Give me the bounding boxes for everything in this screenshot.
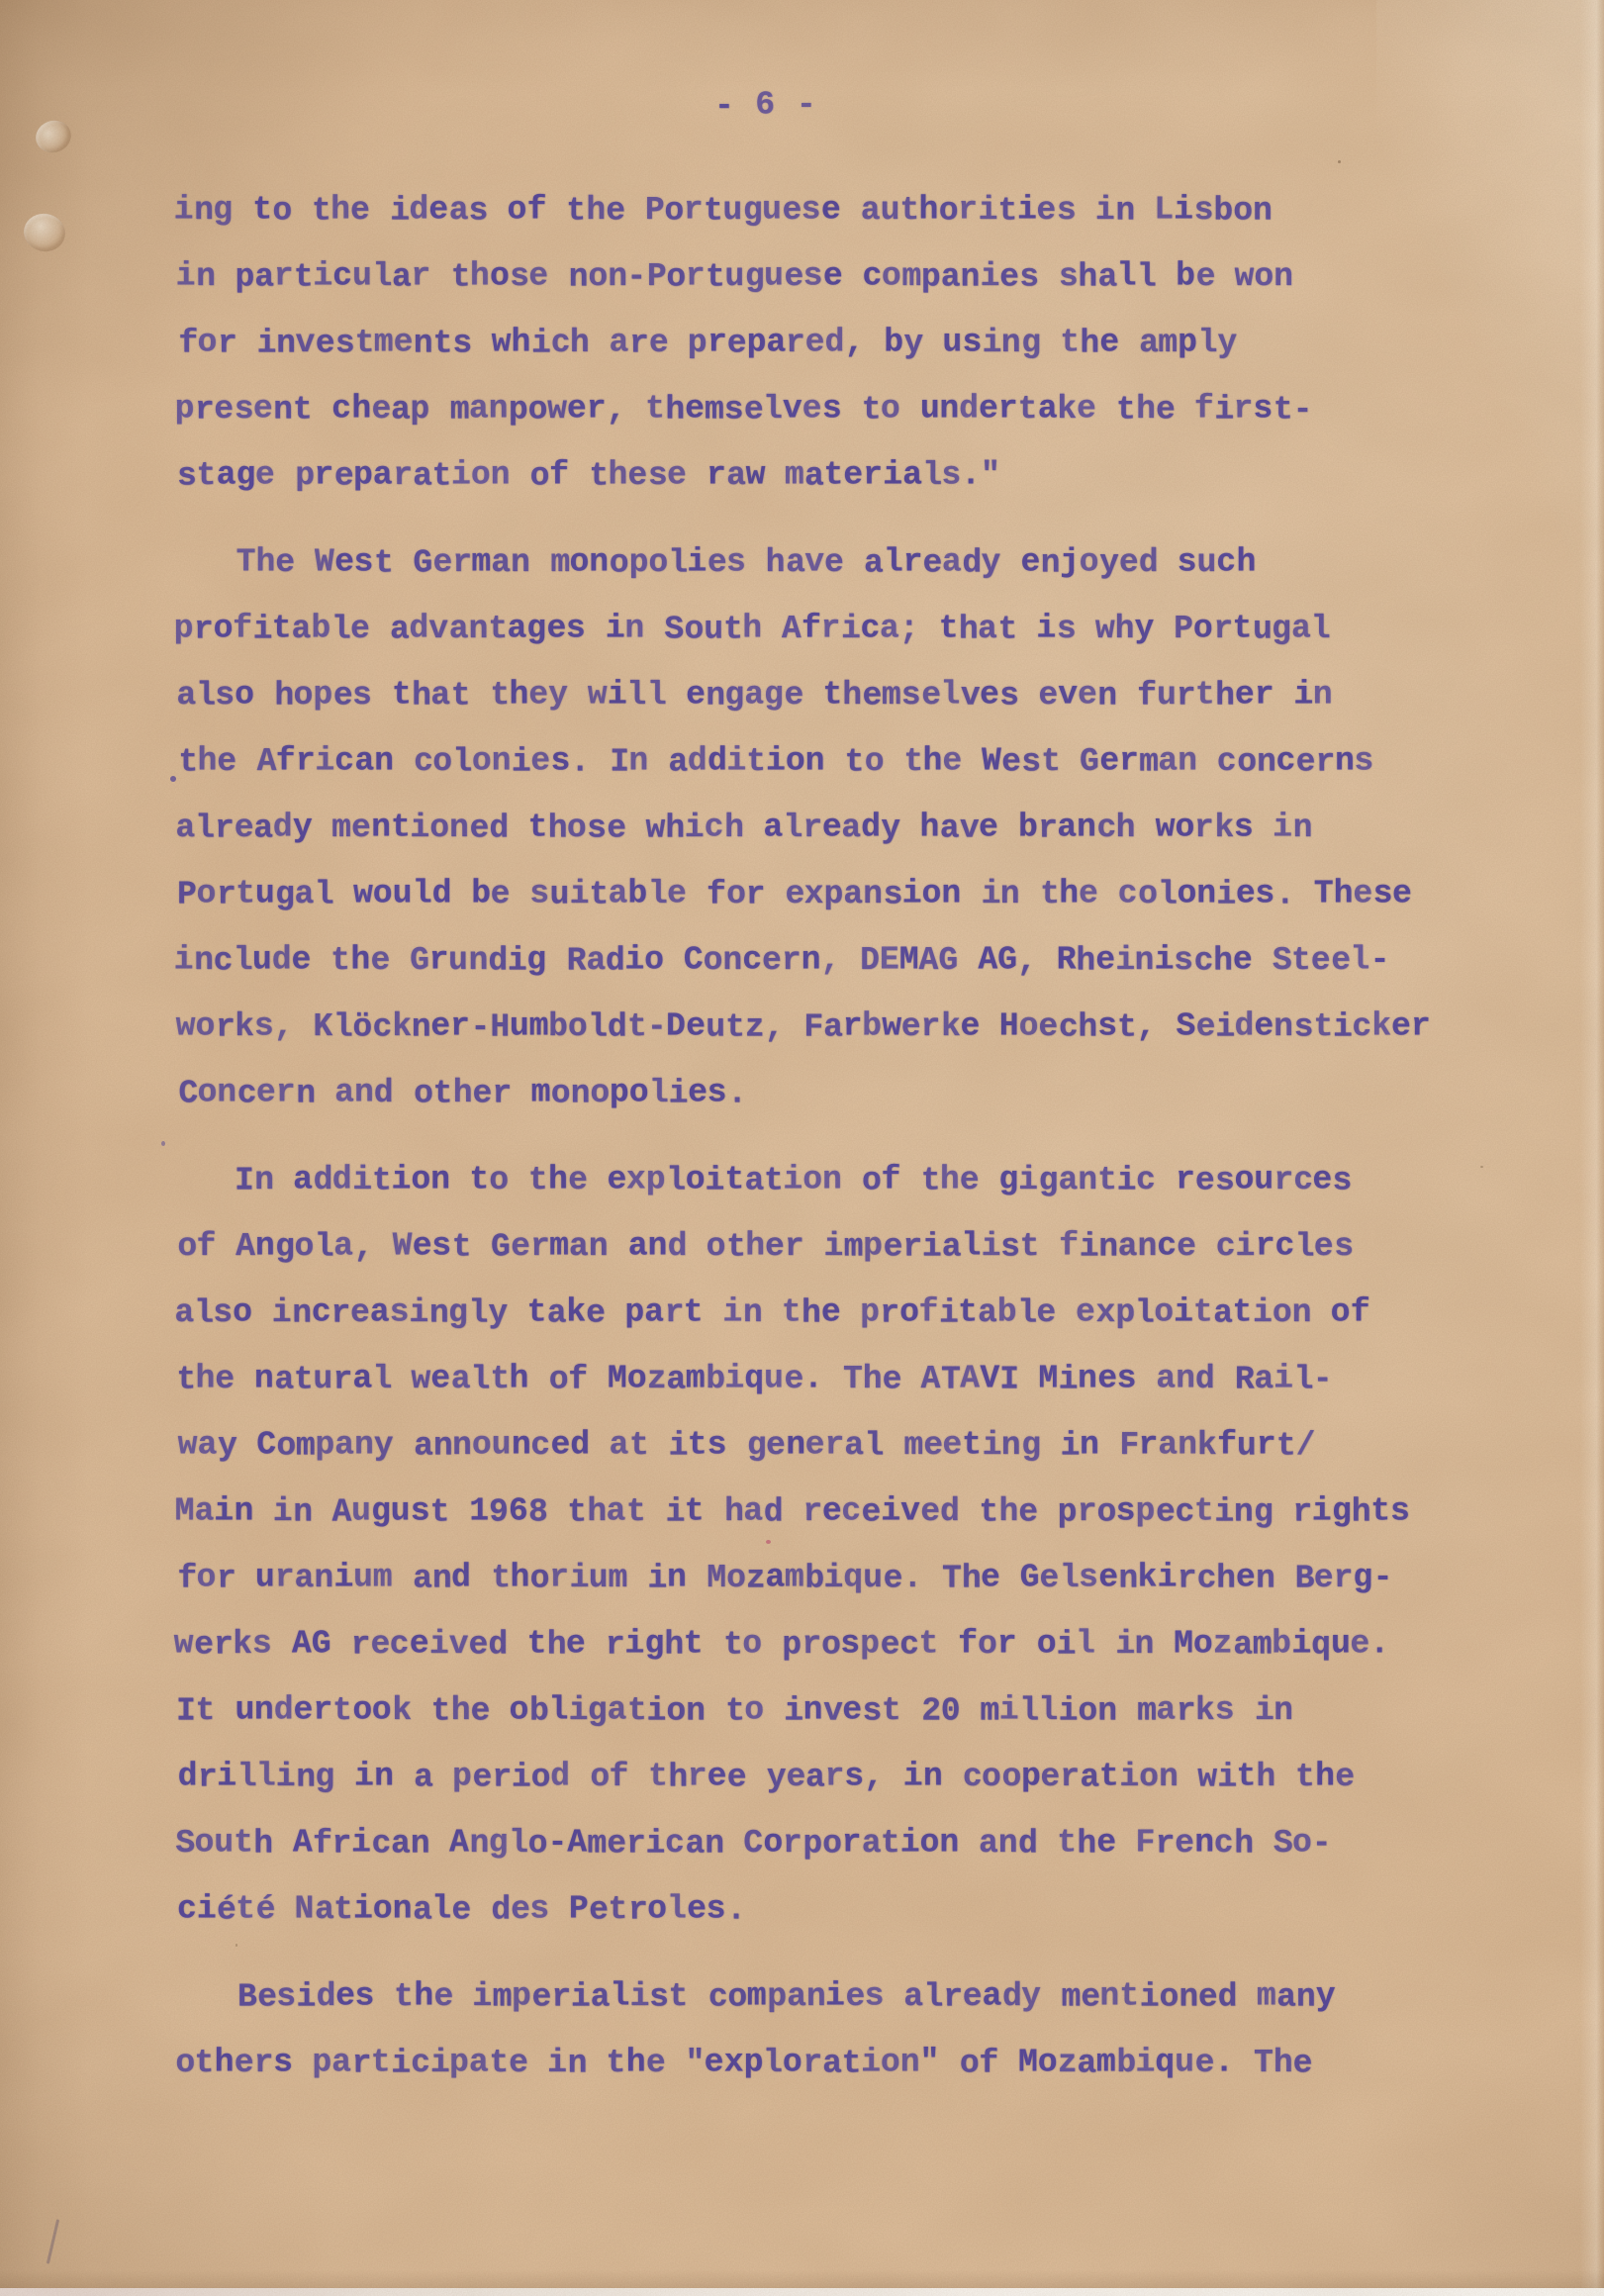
paper-speck bbox=[1480, 1166, 1483, 1168]
paper-speck bbox=[1338, 160, 1341, 163]
text-line: profitable advantages in South Africa; t… bbox=[174, 596, 1431, 662]
ink-speck bbox=[161, 1141, 165, 1146]
text-line: Main in August 1968 that it had received… bbox=[175, 1479, 1431, 1545]
document-page: - 6 - ing to the ideas of the Portuguese… bbox=[0, 0, 1604, 2296]
text-line: others participate in the "exploration" … bbox=[175, 2030, 1431, 2096]
text-line: works, Klöckner-Humboldt-Deutz, Farbwerk… bbox=[176, 994, 1431, 1060]
text-line: It undertook the obligation to invest 20… bbox=[176, 1677, 1431, 1744]
paragraph: In addition to the exploitation of the g… bbox=[176, 1147, 1431, 1943]
text-line: drilling in a period of three years, in … bbox=[178, 1744, 1431, 1810]
text-line: werks AG received the right to prospect … bbox=[174, 1611, 1431, 1677]
text-line: the African colonies. In addition to the… bbox=[178, 728, 1431, 795]
text-line: ciété Nationale des Petroles. bbox=[177, 1876, 1431, 1943]
paragraph: The West German monopolies have already … bbox=[176, 529, 1431, 1126]
text-line: of Angola, West German and other imperia… bbox=[177, 1213, 1431, 1280]
page-number: - 6 - bbox=[714, 87, 817, 124]
text-line: for investments which are prepared, by u… bbox=[178, 310, 1431, 376]
paragraph: ing to the ideas of the Portuguese autho… bbox=[176, 177, 1431, 509]
text-line: also increasingly take part in the profi… bbox=[174, 1280, 1431, 1346]
pencil-mark bbox=[47, 2219, 59, 2263]
paragraph: Besides the imperialist companies alread… bbox=[176, 1963, 1431, 2096]
text-line: The West German monopolies have already … bbox=[177, 529, 1431, 596]
text-line: for uranium and thorium in Mozambique. T… bbox=[177, 1545, 1431, 1611]
text-line: also hopes that they will engage themsel… bbox=[176, 662, 1431, 728]
text-line: In addition to the exploitation of the g… bbox=[175, 1147, 1431, 1213]
text-line: way Company announced at its general mee… bbox=[178, 1412, 1431, 1479]
text-line: present cheap manpower, themselves to un… bbox=[175, 376, 1431, 442]
text-line: the natural wealth of Mozambique. The AT… bbox=[176, 1346, 1431, 1412]
paper-dent-mark bbox=[21, 210, 69, 255]
paper-bottom-shadow bbox=[0, 2270, 1604, 2288]
text-line: already mentioned those which already ha… bbox=[175, 795, 1431, 861]
text-line: include the Grundig Radio Concern, DEMAG… bbox=[174, 927, 1431, 994]
text-line: Concern and other monopolies. bbox=[178, 1060, 1431, 1126]
text-block: ing to the ideas of the Portuguese autho… bbox=[176, 177, 1431, 2096]
paper-dent-mark bbox=[32, 116, 75, 157]
text-line: Portugal would be suitable for expansion… bbox=[177, 861, 1431, 927]
paper-right-edge bbox=[1580, 0, 1604, 2296]
text-line: ing to the ideas of the Portuguese autho… bbox=[174, 177, 1431, 243]
scan-edge bbox=[0, 2288, 1604, 2296]
text-line: in particular those non-Portuguese compa… bbox=[176, 243, 1431, 310]
text-line: South African Anglo-American Corporation… bbox=[175, 1810, 1431, 1876]
text-line: Besides the imperialist companies alread… bbox=[178, 1963, 1431, 2030]
text-line: stage preparation of these raw materials… bbox=[177, 442, 1431, 509]
